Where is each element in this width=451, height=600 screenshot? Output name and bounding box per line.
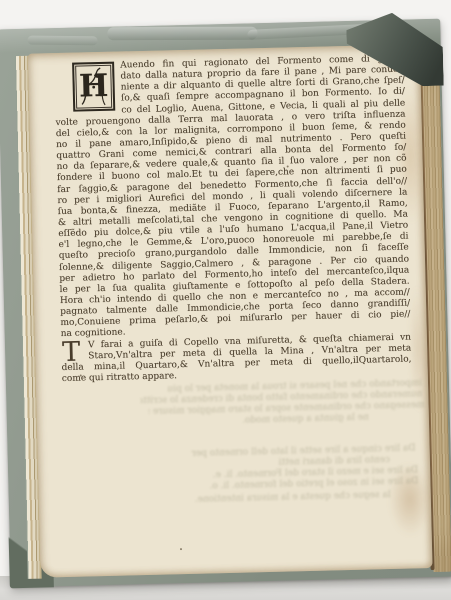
page-text: H Auendo fin qui ragionato del Formento … <box>54 54 412 386</box>
page-speck <box>180 548 182 550</box>
photo-backdrop: H Auendo fin qui ragionato del Formento … <box>0 0 451 600</box>
paragraph-2: T V farai a guiſa di Copello vna miſuret… <box>61 332 412 385</box>
showthrough-line: la segue che questa e la misura intentio… <box>181 490 391 505</box>
book-page: H Auendo fin qui ragionato del Formento … <box>28 44 433 577</box>
initial-letter-H: H <box>74 65 113 108</box>
initial-letter-T: T <box>62 340 84 363</box>
paragraph-1: H Auendo fin qui ragionato del Formento … <box>54 54 411 341</box>
book: H Auendo fin qui ragionato del Formento … <box>0 19 451 588</box>
cover-wrinkle <box>107 27 257 41</box>
cover-wrinkle <box>27 36 97 46</box>
decorated-initial-H: H <box>72 62 115 112</box>
